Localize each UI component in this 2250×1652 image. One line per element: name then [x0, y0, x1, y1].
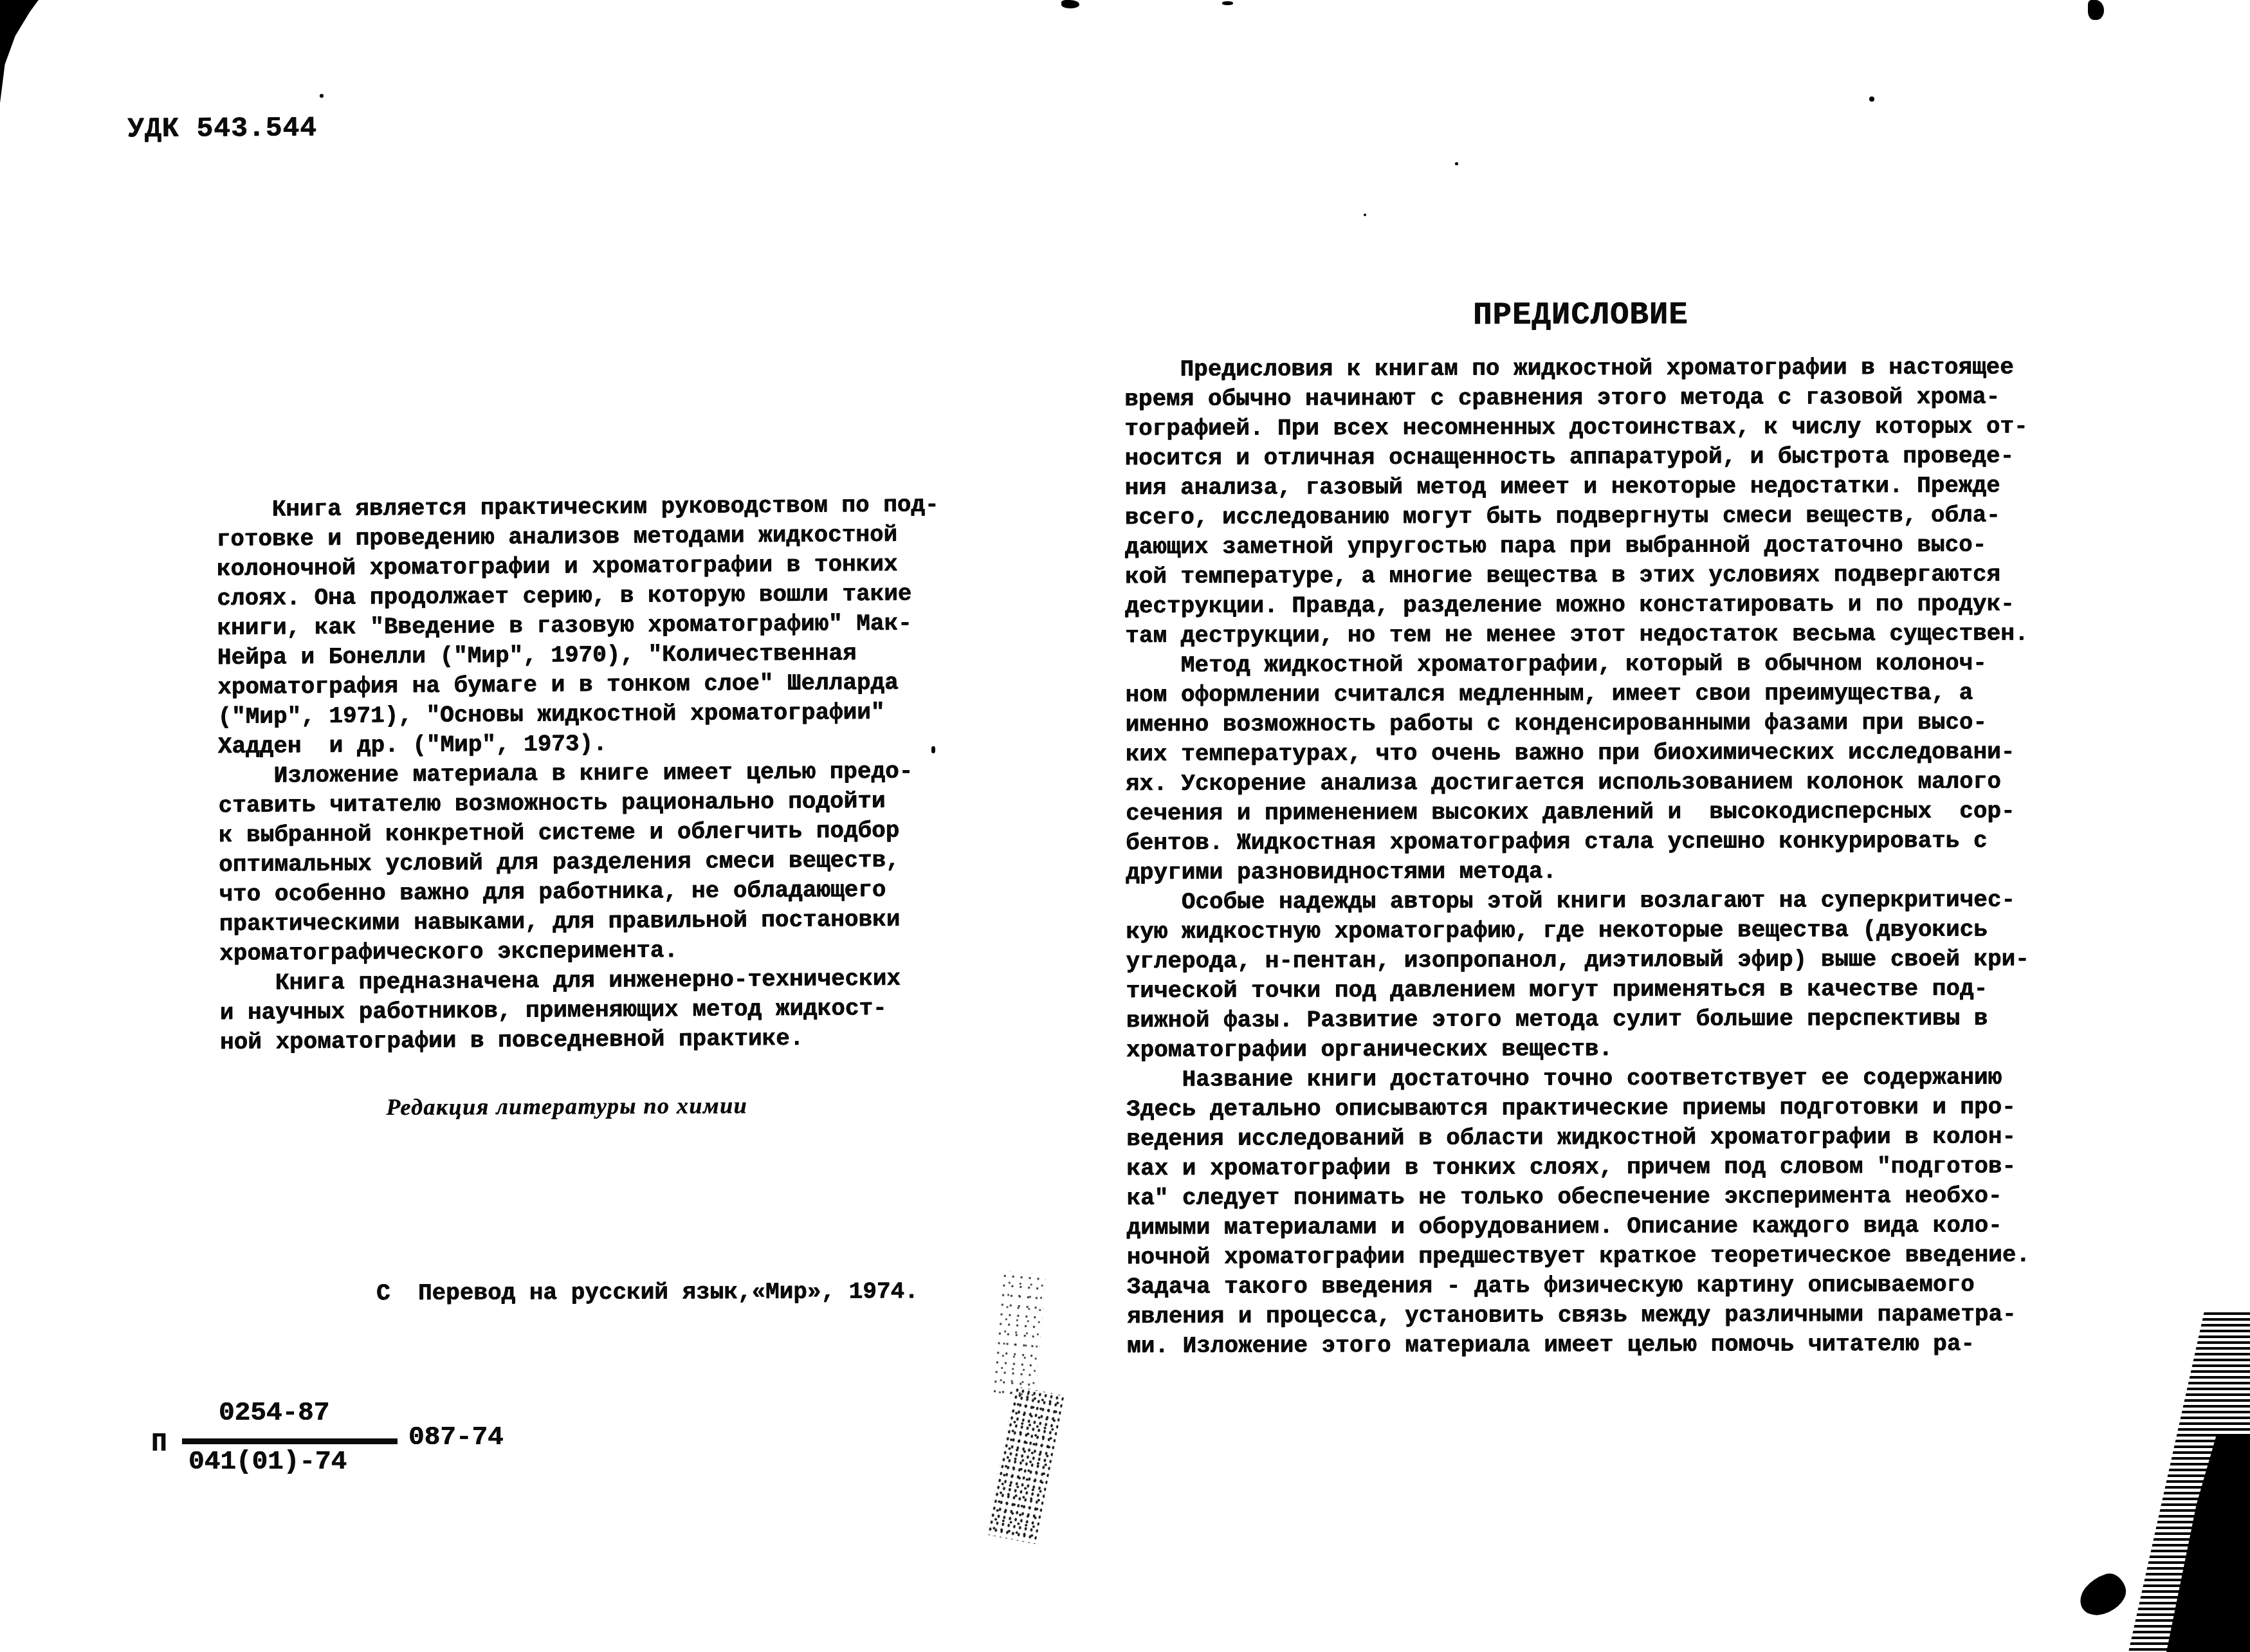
- text-line: ной хроматографии в повседневной практик…: [220, 1023, 943, 1058]
- text-line: Здесь детально описываются практические …: [1126, 1092, 2029, 1124]
- text-line: время обычно начинают с сравнения этого …: [1124, 382, 2027, 414]
- text-line: готовке и проведению анализов методами ж…: [216, 520, 939, 555]
- scanned-book-spread: УДК 543.544 Книга является практическим …: [0, 0, 2250, 1652]
- scan-artifact-speck: [1061, 0, 1079, 8]
- text-line: кой температуре, а многие вещества в эти…: [1125, 560, 2028, 592]
- text-line: явления и процесса, установить связь меж…: [1127, 1299, 2030, 1332]
- scan-artifact-speck: [1364, 214, 1366, 216]
- scan-artifact-speck: [2088, 0, 2104, 20]
- text-line: димыми материалами и оборудованием. Опис…: [1126, 1211, 2029, 1243]
- text-line: слоях. Она продолжает серию, в которую в…: [217, 579, 940, 614]
- text-line: к выбранной конкретной системе и облегчи…: [219, 816, 942, 850]
- text-line: Предисловия к книгам по жидкостной хрома…: [1124, 353, 2027, 385]
- text-line: хроматографического эксперимента.: [219, 934, 942, 969]
- text-line: другими разновидностями метода.: [1126, 856, 2029, 888]
- text-line: именно возможность работы с конденсирова…: [1125, 708, 2028, 740]
- text-line: ведения исследований в области жидкостно…: [1126, 1122, 2029, 1154]
- text-line: вижной фазы. Развитие этого метода сулит…: [1126, 1004, 2029, 1036]
- scan-artifact-corner-fold: [0, 0, 45, 109]
- scan-artifact-speck: [320, 94, 324, 98]
- text-line: ночной хроматографии предшествует кратко…: [1127, 1240, 2030, 1272]
- text-line: и научных работников, применяющих метод …: [219, 993, 942, 1028]
- text-line: ках и хроматографии в тонких слоях, прич…: [1126, 1152, 2029, 1184]
- preface-body: Предисловия к книгам по жидкостной хрома…: [1124, 353, 2030, 1361]
- scan-artifact-speck: [1869, 96, 1874, 102]
- formula-prefix: П: [151, 1429, 167, 1459]
- text-line: Изложение материала в книге имеет целью …: [218, 757, 941, 791]
- text-line: бентов. Жидкостная хроматография стала у…: [1126, 826, 2029, 858]
- text-line: сечения и применением высоких давлений и…: [1126, 796, 2029, 829]
- copyright-line: С Перевод на русский язык,«Мир», 1974.: [376, 1278, 919, 1307]
- formula-denominator: 041(01)-74: [188, 1447, 347, 1477]
- text-line: ях. Ускорение анализа достигается исполь…: [1126, 767, 2029, 799]
- text-line: ми. Изложение этого материала имеет цель…: [1127, 1329, 2030, 1361]
- scan-artifact-speck: [1455, 162, 1458, 165]
- text-line: Нейра и Бонелли ("Мир", 1970), "Количест…: [217, 638, 940, 673]
- text-line: тографией. При всех несомненных достоинс…: [1124, 412, 2027, 444]
- text-line: Задача такого введения - дать физическую…: [1127, 1270, 2030, 1302]
- text-line: что особенно важно для работника, не обл…: [219, 875, 942, 910]
- text-line: колоночной хроматографии и хроматографии…: [217, 549, 940, 584]
- text-line: дающих заметной упругостью пара при выбр…: [1125, 530, 2028, 562]
- text-line: хроматографии органических веществ.: [1126, 1033, 2029, 1065]
- text-line: ставить читателю возможность рационально…: [218, 786, 941, 821]
- formula-numerator: 0254-87: [219, 1399, 329, 1428]
- text-line: носится и отличная оснащенность аппарату…: [1124, 441, 2027, 473]
- formula-suffix: 087-74: [408, 1423, 504, 1453]
- text-line: Книга предназначена для инженерно-технич…: [219, 964, 942, 998]
- text-line: оптимальных условий для разделения смеси…: [219, 845, 942, 880]
- preface-title: ПРЕДИСЛОВИЕ: [1473, 297, 1688, 333]
- text-line: Название книги достаточно точно соответс…: [1126, 1063, 2029, 1095]
- text-line: всего, исследованию могут быть подвергну…: [1125, 500, 2028, 533]
- text-line: деструкции. Правда, разделение можно кон…: [1125, 589, 2028, 621]
- text-line: ном оформлении считался медленным, имеет…: [1125, 678, 2028, 710]
- scan-artifact-gutter-smudge: [986, 1386, 1064, 1545]
- text-line: практическими навыками, для правильной п…: [219, 904, 942, 939]
- text-line: Книга является практическим руководством…: [216, 490, 939, 525]
- text-line: кую жидкостную хроматографию, где некото…: [1126, 915, 2029, 947]
- text-line: углерода, н-пентан, изопропанол, диэтило…: [1126, 944, 2029, 977]
- fraction-bar: [182, 1438, 398, 1444]
- text-line: Особые надежды авторы этой книги возлага…: [1126, 885, 2029, 917]
- scan-artifact-speck: [1222, 1, 1233, 5]
- editorial-credit: Редакция литературы по химии: [386, 1092, 747, 1121]
- text-line: книги, как "Введение в газовую хроматогр…: [217, 609, 940, 643]
- annotation-text: Книга является практическим руководством…: [216, 490, 942, 1058]
- text-line: Хадден и др. ("Мир", 1973).: [218, 727, 941, 762]
- scan-artifact-gutter-smudge: [991, 1271, 1046, 1396]
- udc-code: УДК 543.544: [127, 112, 317, 145]
- text-line: ких температурах, что очень важно при би…: [1126, 737, 2029, 769]
- classification-formula: П 0254-87 041(01)-74 087-74: [151, 1390, 537, 1499]
- text-line: хроматография на бумаге и в тонком слое"…: [217, 668, 940, 702]
- text-line: тической точки под давлением могут приме…: [1126, 974, 2029, 1006]
- scan-artifact-ink-blob: [2074, 1570, 2131, 1620]
- scan-artifact-speck: [931, 746, 935, 753]
- text-line: ("Мир", 1971), "Основы жидкостной хромат…: [217, 697, 940, 732]
- text-line: там деструкции, но тем не менее этот нед…: [1125, 619, 2028, 651]
- text-line: Метод жидкостной хроматографии, который …: [1125, 648, 2028, 681]
- text-line: ка" следует понимать не только обеспечен…: [1126, 1181, 2029, 1213]
- text-line: ния анализа, газовый метод имеет и некот…: [1124, 471, 2027, 503]
